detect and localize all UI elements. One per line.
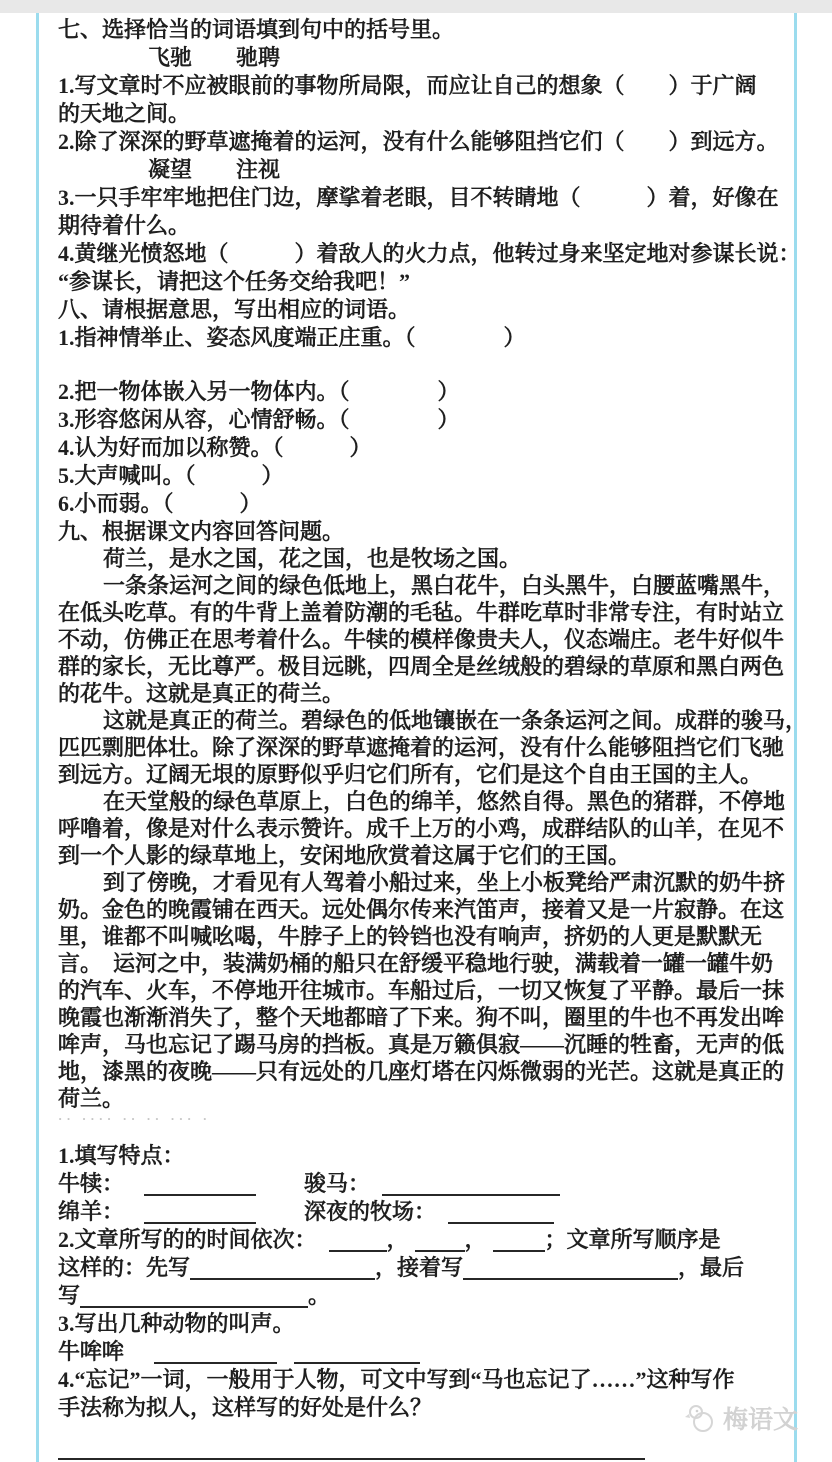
- text-run: 1.写文章时不应被眼前的事物所局限，而应让自己的想象（ ）于广阔: [58, 73, 757, 98]
- text-line: 荷兰。: [58, 1085, 792, 1112]
- text-run: 九、根据课文内容回答问题。: [58, 519, 344, 544]
- answer-blank: [463, 1262, 678, 1280]
- answer-blank: [294, 1346, 420, 1364]
- text-line: 里，谁都不叫喊吆喝，牛脖子上的铃铛也没有响声，挤奶的人更是默默无: [58, 923, 792, 950]
- line-spacer: [58, 352, 792, 378]
- text-line: 荷兰，是水之国，花之国，也是牧场之国。: [58, 545, 792, 572]
- text-run: 牛犊：: [58, 1171, 124, 1196]
- text-run: 匹匹剽肥体壮。除了深深的野草遮掩着的运河，没有什么能够阻挡它们飞驰: [58, 735, 784, 760]
- text-run: 。: [308, 1283, 330, 1308]
- text-run: 言。 运河之中，装满奶桶的船只在舒缓平稳地行驶，满载着一罐一罐牛奶: [58, 951, 773, 976]
- text-run: 6.小而弱。（ ）: [58, 491, 262, 516]
- text-run: 里，谁都不叫喊吆喝，牛脖子上的铃铛也没有响声，挤奶的人更是默默无: [58, 924, 762, 949]
- text-line: 2.把一物体嵌入另一物体内。（ ）: [58, 378, 792, 406]
- inline-spacer: [436, 1218, 448, 1219]
- text-run: 5.大声喊叫。（ ）: [58, 463, 284, 488]
- text-run: 3.写出几种动物的叫声。: [58, 1311, 295, 1336]
- text-run: 到远方。辽阔无垠的原野似乎归它们所有，它们是这个自由王国的主人。: [58, 762, 762, 787]
- text-line: 晚霞也渐渐消失了，整个天地都暗了下来。狗不叫，圈里的牛也不再发出哞: [58, 1004, 792, 1031]
- text-run: 深夜的牧场：: [304, 1199, 436, 1224]
- worksheet-content: 七、选择恰当的词语填到句中的括号里。飞驰 驰聘1.写文章时不应被眼前的事物所局限…: [58, 16, 792, 1462]
- text-run: 飞驰 驰聘: [148, 45, 280, 70]
- page-top-strip: [0, 0, 832, 13]
- text-line: 写。: [58, 1282, 792, 1310]
- text-line: 的天地之间。: [58, 100, 792, 128]
- text-run: ，最后: [678, 1255, 744, 1280]
- text-run: 群的家长，无比尊严。极目远眺，四周全是丝绒般的碧绿的草原和黑白两色: [58, 654, 784, 679]
- text-line: 奶。金色的晚霞铺在西天。远处偶尔传来汽笛声，接着又是一片寂静。在这: [58, 896, 792, 923]
- text-run: 骏马：: [304, 1171, 370, 1196]
- text-line: 到一个人影的绿草地上，安闲地欣赏着这属于它们的王国。: [58, 842, 792, 869]
- text-run: 2.把一物体嵌入另一物体内。（ ）: [58, 379, 460, 404]
- watermark-label: 梅语文: [723, 1400, 798, 1436]
- text-line: 牛哞哞: [58, 1338, 792, 1366]
- text-line: 绵羊：深夜的牧场：: [58, 1198, 792, 1226]
- answer-blank: [415, 1234, 465, 1252]
- text-run: 地，漆黑的夜晚——只有远处的几座灯塔在闪烁微弱的光芒。这就是真正的: [58, 1059, 784, 1084]
- text-run: 到一个人影的绿草地上，安闲地欣赏着这属于它们的王国。: [58, 843, 630, 868]
- line-spacer: [58, 1126, 792, 1142]
- worksheet-lines: 七、选择恰当的词语填到句中的括号里。飞驰 驰聘1.写文章时不应被眼前的事物所局限…: [58, 16, 792, 1462]
- text-line: 3.写出几种动物的叫声。: [58, 1310, 792, 1338]
- text-line: 在天堂般的绿色草原上，白色的绵羊，悠然自得。黑色的猪群，不停地: [58, 788, 792, 815]
- text-run: 八、请根据意思，写出相应的词语。: [58, 297, 410, 322]
- text-line: 牛犊：骏马：: [58, 1170, 792, 1198]
- text-line: 飞驰 驰聘: [58, 44, 792, 72]
- text-line: 这就是真正的荷兰。碧绿色的低地镶嵌在一条条运河之间。成群的骏马，: [58, 707, 792, 734]
- text-line: 地，漆黑的夜晚——只有远处的几座灯塔在闪烁微弱的光芒。这就是真正的: [58, 1058, 792, 1085]
- inline-spacer: [256, 1190, 304, 1191]
- answer-blank: [58, 1442, 645, 1460]
- text-line: 群的家长，无比尊严。极目远眺，四周全是丝绒般的碧绿的草原和黑白两色: [58, 653, 792, 680]
- text-line: 在低头吃草。有的牛背上盖着防潮的毛毡。牛群吃草时非常专注，有时站立: [58, 599, 792, 626]
- line-spacer: [58, 1422, 792, 1434]
- text-run: 呼噜着，像是对什么表示赞许。成千上万的小鸡，成群结队的山羊，在见不: [58, 816, 784, 841]
- text-run: 的汽车、火车，不停地开往城市。车船过后，一切又恢复了平静。最后一抹: [58, 978, 784, 1003]
- answer-blank: [493, 1234, 545, 1252]
- text-line: ·· ···· ·· ·· ··· ·: [58, 1112, 792, 1126]
- text-line: 匹匹剽肥体壮。除了深深的野草遮掩着的运河，没有什么能够阻挡它们飞驰: [58, 734, 792, 761]
- text-run: 的天地之间。: [58, 101, 190, 126]
- text-run: 1.填写特点：: [58, 1143, 185, 1168]
- text-run: ·· ···· ·· ·· ··· ·: [58, 1111, 211, 1126]
- text-run: 2.除了深深的野草遮掩着的运河，没有什么能够阻挡它们（ ）到远方。: [58, 129, 779, 154]
- answer-blank: [80, 1290, 308, 1308]
- text-run: 绵羊：: [58, 1199, 124, 1224]
- text-line: 5.大声喊叫。（ ）: [58, 462, 792, 490]
- text-run: 1.指神情举止、姿态风度端正庄重。（ ）: [58, 325, 526, 350]
- text-run: ，: [387, 1227, 409, 1252]
- text-run: 在天堂般的绿色草原上，白色的绵羊，悠然自得。黑色的猪群，不停地: [103, 789, 785, 814]
- text-line: 2.除了深深的野草遮掩着的运河，没有什么能够阻挡它们（ ）到远方。: [58, 128, 792, 156]
- text-line: 6.小而弱。（ ）: [58, 490, 792, 518]
- text-line: [58, 1434, 792, 1462]
- text-run: 3.一只手牢牢地把住门边，摩挲着老眼，目不转睛地（ ）着，好像在: [58, 185, 779, 210]
- text-line: 3.形容悠闲从容，心情舒畅。（ ）: [58, 406, 792, 434]
- text-line: 九、根据课文内容回答问题。: [58, 518, 792, 545]
- answer-blank: [190, 1262, 375, 1280]
- text-run: 牛哞哞: [58, 1339, 124, 1364]
- text-line: 的花牛。这就是真正的荷兰。: [58, 680, 792, 707]
- text-line: 言。 运河之中，装满奶桶的船只在舒缓平稳地行驶，满载着一罐一罐牛奶: [58, 950, 792, 977]
- text-run: 七、选择恰当的词语填到句中的括号里。: [58, 17, 454, 42]
- text-run: 荷兰，是水之国，花之国，也是牧场之国。: [103, 546, 521, 571]
- inline-spacer: [317, 1246, 329, 1247]
- bird-logo-icon: [684, 1401, 718, 1435]
- text-run: 4.“忘记”一词，一般用于人物，可文中写到“马也忘记了……”这种写作: [58, 1367, 735, 1392]
- text-run: 4.黄继光愤怒地（ ）着敌人的火力点，他转过身来坚定地对参谋长说：: [58, 241, 801, 266]
- answer-blank: [154, 1346, 277, 1364]
- text-line: 哞声，马也忘记了踢马房的挡板。真是万籁俱寂——沉睡的牲畜，无声的低: [58, 1031, 792, 1058]
- text-run: 到了傍晚，才看见有人驾着小船过来，坐上小板凳给严肃沉默的奶牛挤: [103, 870, 785, 895]
- text-run: 这样的：先写: [58, 1255, 190, 1280]
- text-run: 手法称为拟人，这样写的好处是什么？: [58, 1395, 432, 1420]
- text-line: 期待着什么。: [58, 212, 792, 240]
- text-run: 写: [58, 1283, 80, 1308]
- inline-spacer: [124, 1190, 144, 1191]
- text-run: 的花牛。这就是真正的荷兰。: [58, 681, 344, 706]
- text-line: 4.“忘记”一词，一般用于人物，可文中写到“马也忘记了……”这种写作: [58, 1366, 792, 1394]
- text-run: 4.认为好而加以称赞。（ ）: [58, 435, 372, 460]
- text-line: 八、请根据意思，写出相应的词语。: [58, 296, 792, 324]
- answer-blank: [382, 1178, 560, 1196]
- text-run: ，: [465, 1227, 487, 1252]
- inline-spacer: [124, 1218, 144, 1219]
- inline-spacer: [370, 1190, 382, 1191]
- text-run: 荷兰。: [58, 1086, 124, 1111]
- text-run: 一条条运河之间的绿色低地上，黑白花牛，白头黑牛，白腰蓝嘴黑牛，: [103, 573, 785, 598]
- text-run: “参谋长，请把这个任务交给我吧！”: [58, 269, 410, 294]
- right-border-line: [794, 13, 797, 1462]
- text-line: 手法称为拟人，这样写的好处是什么？: [58, 1394, 792, 1422]
- text-line: 3.一只手牢牢地把住门边，摩挲着老眼，目不转睛地（ ）着，好像在: [58, 184, 792, 212]
- text-run: 奶。金色的晚霞铺在西天。远处偶尔传来汽笛声，接着又是一片寂静。在这: [58, 897, 784, 922]
- text-run: 在低头吃草。有的牛背上盖着防潮的毛毡。牛群吃草时非常专注，有时站立: [58, 600, 784, 625]
- text-run: 晚霞也渐渐消失了，整个天地都暗了下来。狗不叫，圈里的牛也不再发出哞: [58, 1005, 784, 1030]
- text-line: 呼噜着，像是对什么表示赞许。成千上万的小鸡，成群结队的山羊，在见不: [58, 815, 792, 842]
- text-line: 这样的：先写，接着写，最后: [58, 1254, 792, 1282]
- text-line: “参谋长，请把这个任务交给我吧！”: [58, 268, 792, 296]
- text-line: 的汽车、火车，不停地开往城市。车船过后，一切又恢复了平静。最后一抹: [58, 977, 792, 1004]
- text-line: 4.认为好而加以称赞。（ ）: [58, 434, 792, 462]
- text-line: 凝望 注视: [58, 156, 792, 184]
- text-line: 1.写文章时不应被眼前的事物所局限，而应让自己的想象（ ）于广阔: [58, 72, 792, 100]
- watermark: 梅语文: [684, 1400, 798, 1436]
- text-run: 哞声，马也忘记了踢马房的挡板。真是万籁俱寂——沉睡的牲畜，无声的低: [58, 1032, 784, 1057]
- text-run: 期待着什么。: [58, 213, 190, 238]
- text-run: 不动，仿佛正在思考着什么。牛犊的模样像贵夫人，仪态端庄。老牛好似牛: [58, 627, 784, 652]
- text-line: 2.文章所写的的时间依次：，，；文章所写顺序是: [58, 1226, 792, 1254]
- text-line: 到了傍晚，才看见有人驾着小船过来，坐上小板凳给严肃沉默的奶牛挤: [58, 869, 792, 896]
- inline-spacer: [124, 1358, 154, 1359]
- text-run: 2.文章所写的的时间依次：: [58, 1227, 317, 1252]
- text-line: 七、选择恰当的词语填到句中的括号里。: [58, 16, 792, 44]
- text-line: 1.填写特点：: [58, 1142, 792, 1170]
- text-run: ，接着写: [375, 1255, 463, 1280]
- text-run: 凝望 注视: [148, 157, 280, 182]
- text-run: 这就是真正的荷兰。碧绿色的低地镶嵌在一条条运河之间。成群的骏马，: [103, 708, 807, 733]
- answer-blank: [448, 1206, 554, 1224]
- text-line: 一条条运河之间的绿色低地上，黑白花牛，白头黑牛，白腰蓝嘴黑牛，: [58, 572, 792, 599]
- answer-blank: [329, 1234, 387, 1252]
- text-line: 1.指神情举止、姿态风度端正庄重。（ ）: [58, 324, 792, 352]
- inline-spacer: [256, 1218, 304, 1219]
- inline-spacer: [277, 1358, 294, 1359]
- answer-blank: [144, 1206, 256, 1224]
- left-border-line: [36, 13, 39, 1462]
- text-line: 4.黄继光愤怒地（ ）着敌人的火力点，他转过身来坚定地对参谋长说：: [58, 240, 792, 268]
- text-line: 不动，仿佛正在思考着什么。牛犊的模样像贵夫人，仪态端庄。老牛好似牛: [58, 626, 792, 653]
- text-line: 到远方。辽阔无垠的原野似乎归它们所有，它们是这个自由王国的主人。: [58, 761, 792, 788]
- answer-blank: [144, 1178, 256, 1196]
- text-run: ；文章所写顺序是: [545, 1227, 721, 1252]
- text-run: 3.形容悠闲从容，心情舒畅。（ ）: [58, 407, 460, 432]
